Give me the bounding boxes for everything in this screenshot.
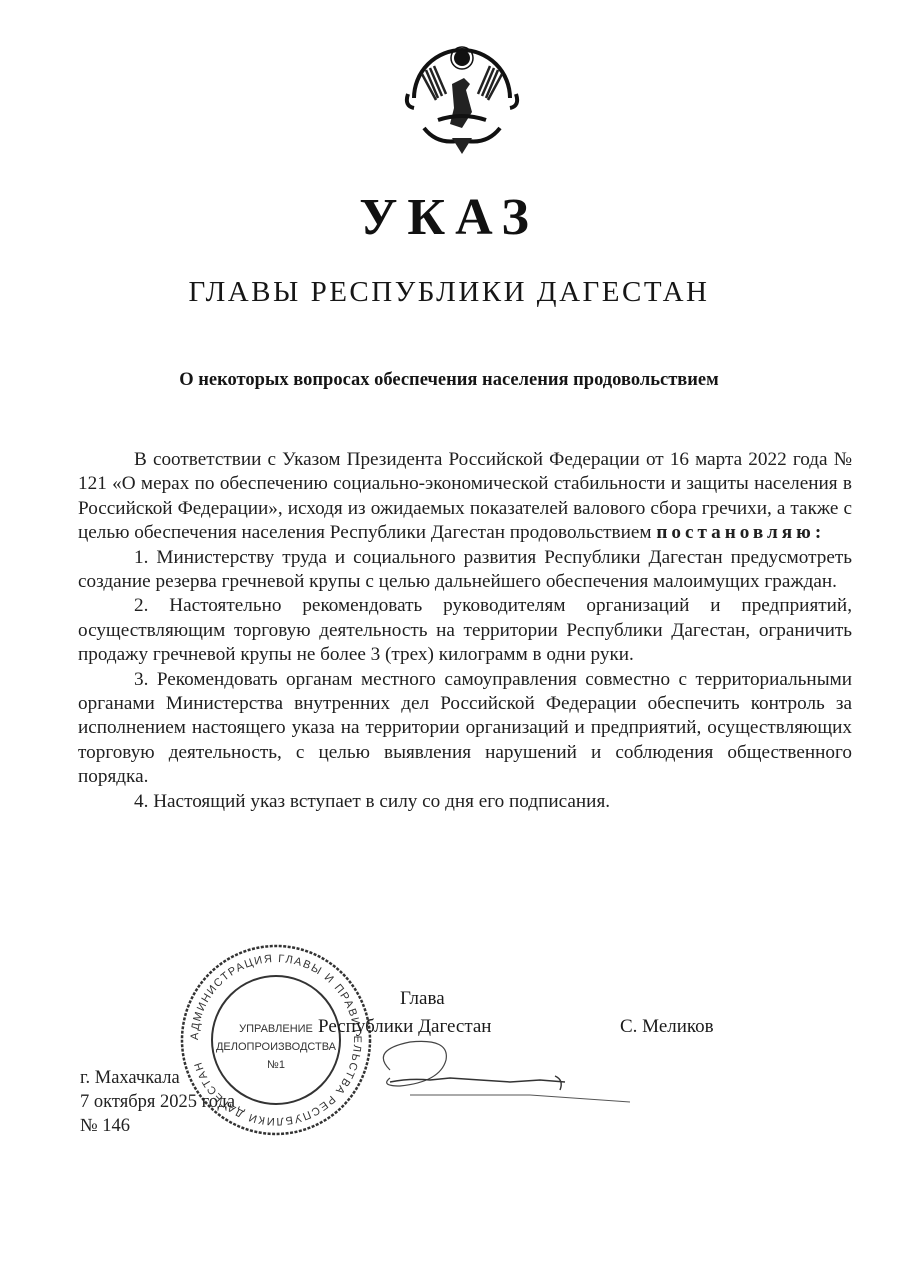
decree-item-4: 4. Настоящий указ вступает в силу со дня… bbox=[78, 790, 852, 814]
decree-number: № 146 bbox=[80, 1114, 235, 1138]
stamp-line-2: ДЕЛОПРОИЗВОДСТВА bbox=[216, 1041, 337, 1053]
stamp-line-1: УПРАВЛЕНИЕ bbox=[239, 1023, 313, 1035]
decree-item-2: 2. Настоятельно рекомендовать руководите… bbox=[78, 594, 852, 667]
document-title: УКАЗ bbox=[0, 188, 898, 247]
signatory-position-line-1: Глава bbox=[400, 988, 445, 1010]
decree-item-1: 1. Министерству труда и социального разв… bbox=[78, 546, 852, 595]
place-of-signing: г. Махачкала bbox=[80, 1066, 235, 1090]
place-date-number: г. Махачкала 7 октября 2025 года № 146 bbox=[80, 1066, 235, 1138]
date-of-signing: 7 октября 2025 года bbox=[80, 1090, 235, 1114]
document-subtitle: ГЛАВЫ РЕСПУБЛИКИ ДАГЕСТАН bbox=[0, 276, 898, 309]
coat-of-arms-emblem-icon bbox=[394, 28, 530, 164]
decree-item-3: 3. Рекомендовать органам местного самоуп… bbox=[78, 668, 852, 790]
stamp-line-3: №1 bbox=[267, 1059, 285, 1071]
document-heading: О некоторых вопросах обеспечения населен… bbox=[0, 370, 898, 391]
decree-word: постановляю: bbox=[656, 522, 825, 543]
preamble-paragraph: В соответствии с Указом Президента Росси… bbox=[78, 448, 852, 546]
document-body: В соответствии с Указом Президента Росси… bbox=[78, 448, 852, 814]
signatory-position-line-2: Республики Дагестан bbox=[318, 1016, 491, 1038]
signatory-name: С. Меликов bbox=[620, 1016, 714, 1038]
